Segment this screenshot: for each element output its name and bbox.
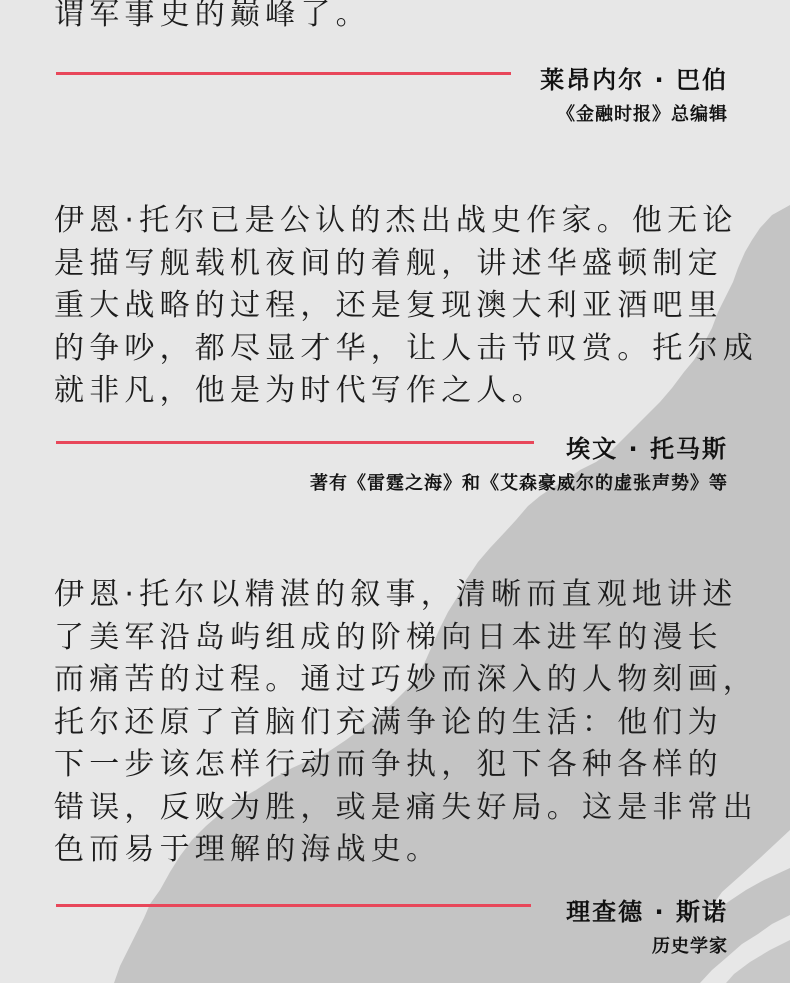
- accent-rule-3: [56, 904, 531, 907]
- quote-line: 伊恩·托尔以精湛的叙事，清晰而直观地讲述: [54, 574, 744, 617]
- quote-line: 下一步该怎样行动而争执，犯下各种各样的: [54, 744, 744, 787]
- endorsement-page: 谓军事史的巅峰了。 莱昂内尔 · 巴伯 《金融时报》总编辑 伊恩·托尔已是公认的…: [0, 0, 790, 983]
- quote-line: 错误，反败为胜，或是痛失好局。这是非常出: [54, 787, 744, 830]
- quote-text-3: 伊恩·托尔以精湛的叙事，清晰而直观地讲述 了美军沿岛屿组成的阶梯向日本进军的漫长…: [54, 574, 744, 872]
- intro-text: 谓军事史的巅峰了。: [54, 0, 744, 37]
- author-role-1: 《金融时报》总编辑: [557, 100, 728, 126]
- author-name-1: 莱昂内尔 · 巴伯: [540, 60, 728, 95]
- author-name-3: 理查德 · 斯诺: [566, 892, 728, 927]
- quote-line: 就非凡，他是为时代写作之人。: [54, 370, 744, 413]
- author-role-3: 历史学家: [652, 932, 728, 958]
- quote-line: 托尔还原了首脑们充满争论的生活：他们为: [54, 702, 744, 745]
- quote-line: 是描写舰载机夜间的着舰，讲述华盛顿制定: [54, 243, 744, 286]
- accent-rule-1: [56, 72, 511, 75]
- quote-line: 色而易于理解的海战史。: [54, 829, 744, 872]
- author-name-2: 埃文 · 托马斯: [566, 429, 728, 464]
- accent-rule-2: [56, 441, 534, 444]
- author-role-2: 著有《雷霆之海》和《艾森豪威尔的虚张声势》等: [310, 469, 728, 495]
- quote-line: 重大战略的过程，还是复现澳大利亚酒吧里: [54, 285, 744, 328]
- quote-text-2: 伊恩·托尔已是公认的杰出战史作家。他无论 是描写舰载机夜间的着舰，讲述华盛顿制定…: [54, 200, 744, 413]
- intro-line: 谓军事史的巅峰了。: [54, 0, 744, 37]
- quote-line: 伊恩·托尔已是公认的杰出战史作家。他无论: [54, 200, 744, 243]
- quote-line: 而痛苦的过程。通过巧妙而深入的人物刻画，: [54, 659, 744, 702]
- quote-line: 了美军沿岛屿组成的阶梯向日本进军的漫长: [54, 617, 744, 660]
- quote-line: 的争吵，都尽显才华，让人击节叹赏。托尔成: [54, 328, 744, 371]
